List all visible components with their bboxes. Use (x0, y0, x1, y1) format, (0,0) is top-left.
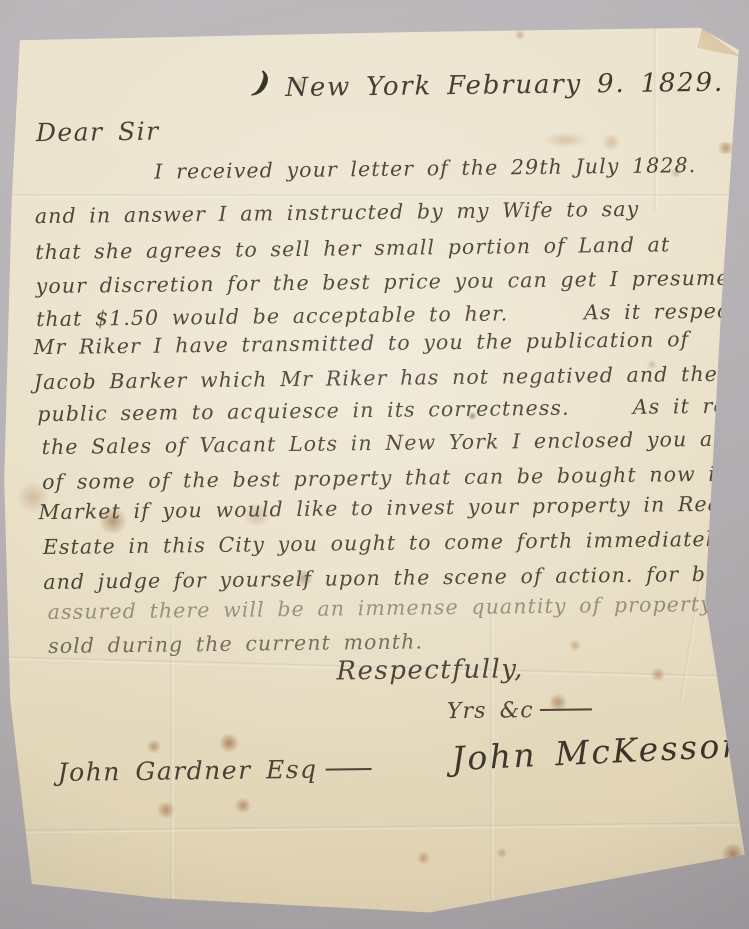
letter-line: public seem to acquiesce in its correctn… (37, 395, 749, 425)
letter-line: Mr Riker I have transmitted to you the p… (33, 329, 689, 358)
letter-line: that $1.50 would be acceptable to her. A… (36, 300, 749, 329)
letter-line: Estate in this City you ought to come fo… (43, 529, 726, 558)
letter-signature: John McKesson (451, 728, 746, 775)
letter-salutation: Dear Sir (36, 119, 160, 146)
letter-line: of some of the best property that can be… (42, 463, 749, 493)
letter-text: ) New York February 9. 1829. Dear Sir I … (0, 21, 749, 920)
letter-line: the Sales of Vacant Lots in New York I e… (42, 428, 749, 457)
letter-line: and judge for yourself upon the scene of… (43, 564, 719, 593)
letter-line: sold during the current month. (48, 631, 423, 656)
letter-line: that she agrees to sell her small portio… (35, 234, 670, 262)
letter-dateline: New York February 9. 1829. (285, 70, 724, 101)
photo-background: ) New York February 9. 1829. Dear Sir I … (0, 0, 749, 929)
letter-line: and in answer I am instructed by my Wife… (35, 199, 640, 227)
letter-line: Market if you would like to invest your … (38, 494, 728, 523)
letter-closing-abbrev: Yrs &c (447, 699, 592, 723)
letter-addressee: John Gardner Esq (58, 756, 372, 785)
letter-line: assured there will be an immense quantit… (48, 594, 713, 623)
letter-line: your discretion for the best price you c… (36, 268, 730, 297)
letter-line: Jacob Barker which Mr Riker has not nega… (34, 364, 718, 393)
letter-paper: ) New York February 9. 1829. Dear Sir I … (2, 26, 747, 916)
ink-flourish: ) (252, 68, 274, 101)
letter-closing: Respectfully, (336, 656, 524, 684)
letter-line: I received your letter of the 29th July … (154, 155, 696, 182)
